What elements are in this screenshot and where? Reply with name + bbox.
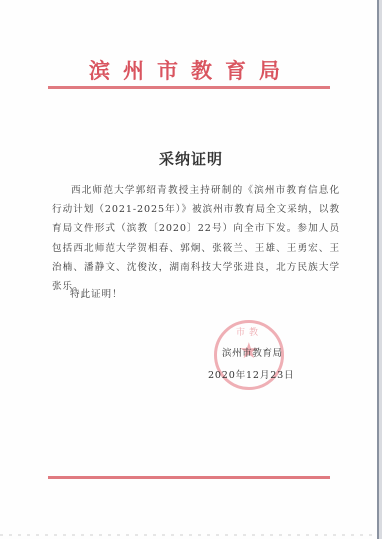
letterhead-title: 滨州市教育局 xyxy=(48,58,334,84)
footer-rule xyxy=(48,476,330,479)
issue-date: 2020年12月23日 xyxy=(208,367,294,381)
document-title: 采纳证明 xyxy=(0,148,382,169)
document-body: 西北师范大学郭绍青教授主持研制的《滨州市教育信息化行动计划（2021-2025年… xyxy=(52,181,340,296)
document-page: 滨州市教育局 采纳证明 西北师范大学郭绍青教授主持研制的《滨州市教育信息化行动计… xyxy=(0,0,382,539)
seal-text: 市教 xyxy=(223,325,275,338)
closing-line: 特此证明！ xyxy=(70,286,122,300)
letterhead-top-rule xyxy=(48,86,330,89)
scan-edge xyxy=(0,534,377,536)
issuer-signature: 滨州市教育局 xyxy=(222,345,283,359)
